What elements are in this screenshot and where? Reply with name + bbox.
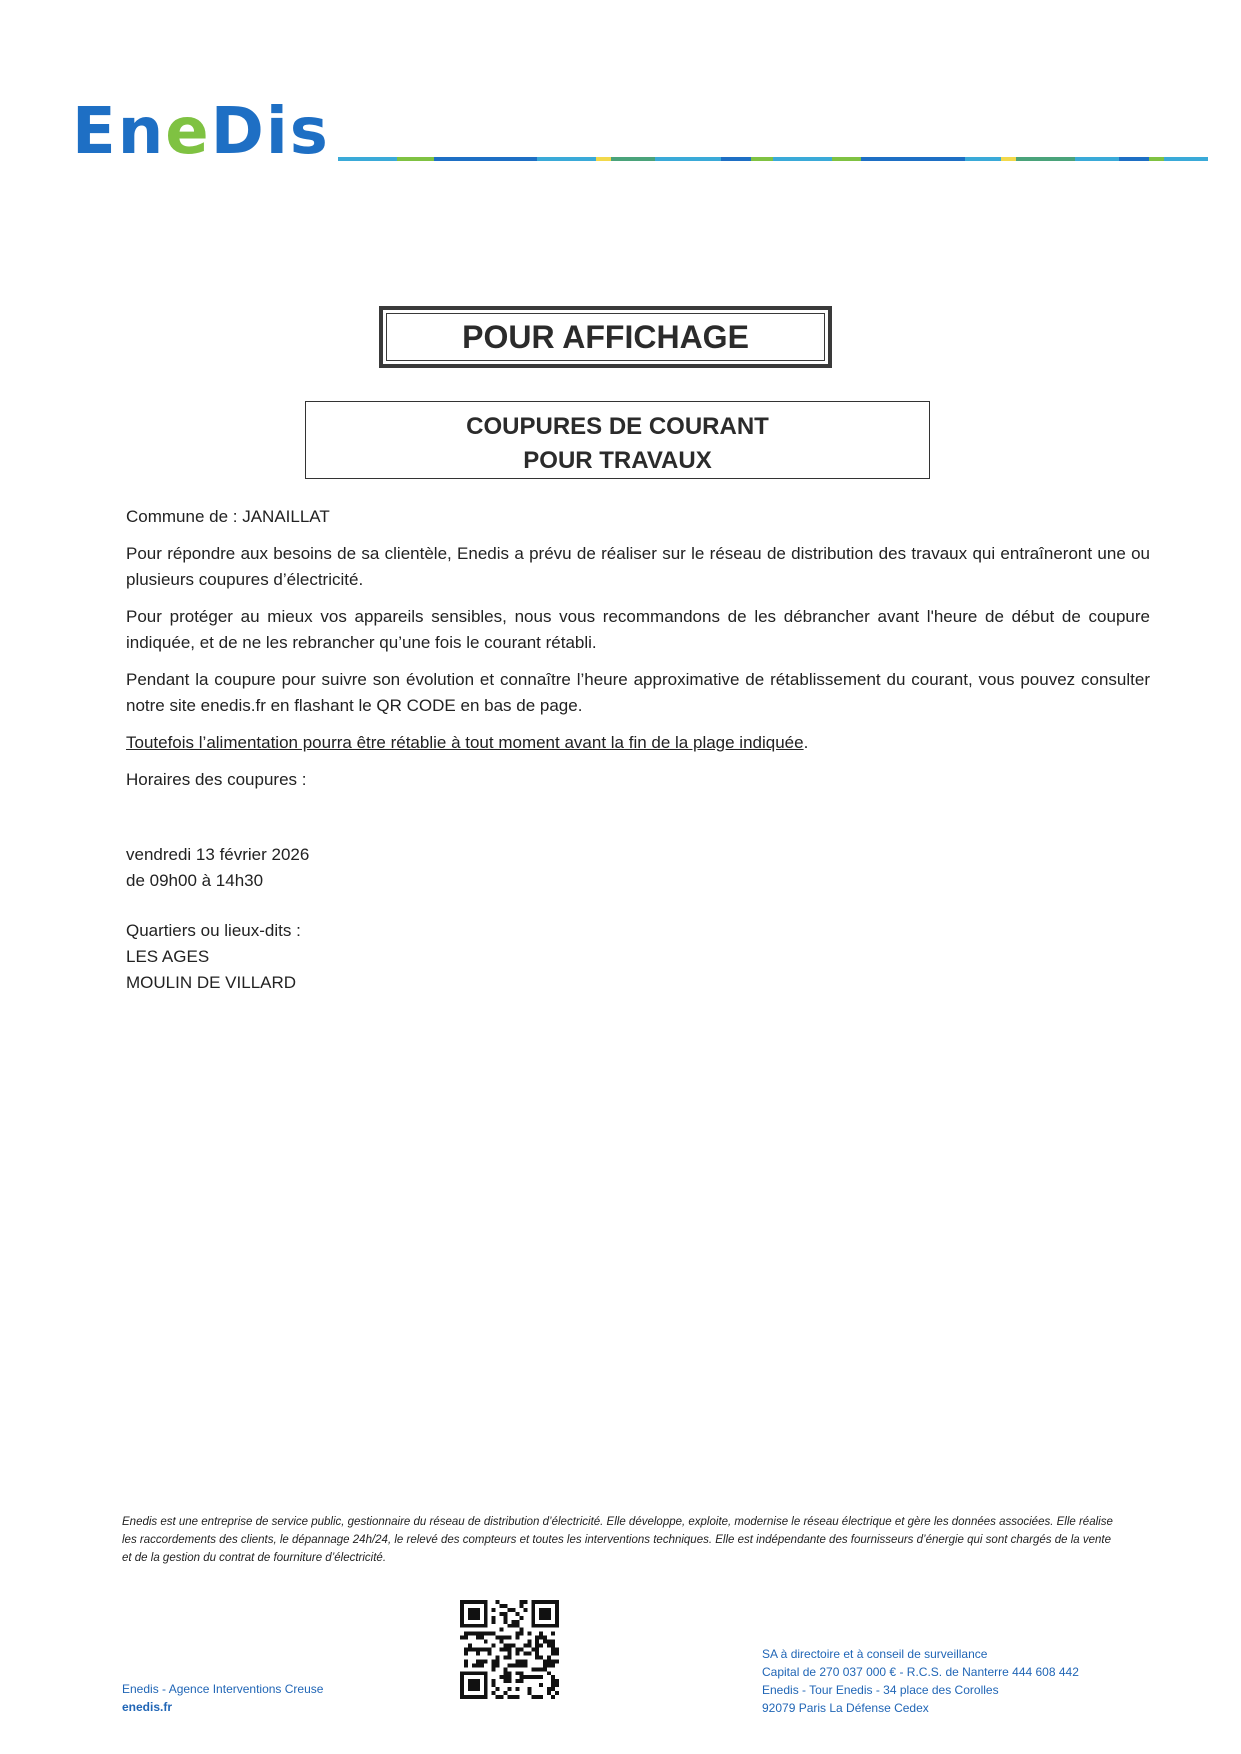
legal-line: Capital de 270 037 000 € - R.C.S. de Nan… bbox=[762, 1663, 1079, 1681]
paragraph-3: Pendant la coupure pour suivre son évolu… bbox=[126, 667, 1150, 719]
website-link[interactable]: enedis.fr bbox=[122, 1698, 323, 1716]
rule-segment bbox=[596, 157, 611, 161]
rule-segment bbox=[1001, 157, 1016, 161]
rule-segment bbox=[721, 157, 750, 161]
logo-text-3: Dis bbox=[211, 95, 330, 169]
subtitle-line-1: COUPURES DE COURANT bbox=[306, 410, 929, 444]
header-rule bbox=[338, 157, 1208, 161]
affichage-title: POUR AFFICHAGE bbox=[462, 319, 749, 356]
footer-agency-block: Enedis - Agence Interventions Creuse ene… bbox=[122, 1680, 323, 1716]
rule-segment bbox=[1119, 157, 1148, 161]
qr-code-icon[interactable] bbox=[460, 1600, 559, 1699]
affichage-banner: POUR AFFICHAGE bbox=[379, 306, 832, 368]
rule-segment bbox=[1075, 157, 1119, 161]
rule-segment bbox=[611, 157, 655, 161]
rule-segment bbox=[655, 157, 721, 161]
legal-line: Enedis - Tour Enedis - 34 place des Coro… bbox=[762, 1681, 1079, 1699]
paragraph-1: Pour répondre aux besoins de sa clientèl… bbox=[126, 541, 1150, 593]
rule-segment bbox=[1016, 157, 1075, 161]
footer-legal-block: SA à directoire et à conseil de surveill… bbox=[762, 1645, 1079, 1717]
rule-segment bbox=[861, 157, 964, 161]
enedis-logo: EneDis bbox=[72, 100, 330, 164]
rule-segment bbox=[1164, 157, 1208, 161]
logo-text-2: e bbox=[165, 95, 210, 169]
rule-segment bbox=[965, 157, 1002, 161]
rule-segment bbox=[434, 157, 537, 161]
place-item: MOULIN DE VILLARD bbox=[126, 970, 296, 996]
agency-name: Enedis - Agence Interventions Creuse bbox=[122, 1680, 323, 1698]
place-item: LES AGES bbox=[126, 944, 209, 970]
outage-time-range: de 09h00 à 14h30 bbox=[126, 868, 263, 894]
logo-text-1: En bbox=[72, 95, 165, 169]
warning-text: Toutefois l’alimentation pourra être rét… bbox=[126, 733, 804, 752]
warning-line: Toutefois l’alimentation pourra être rét… bbox=[126, 730, 808, 756]
rule-segment bbox=[397, 157, 434, 161]
schedule-label: Horaires des coupures : bbox=[126, 767, 306, 793]
rule-segment bbox=[338, 157, 397, 161]
legal-line: SA à directoire et à conseil de surveill… bbox=[762, 1645, 1079, 1663]
rule-segment bbox=[537, 157, 596, 161]
rule-segment bbox=[1149, 157, 1164, 161]
commune-label: Commune de : JANAILLAT bbox=[126, 504, 330, 530]
footer-disclaimer: Enedis est une entreprise de service pub… bbox=[122, 1513, 1122, 1567]
paragraph-2: Pour protéger au mieux vos appareils sen… bbox=[126, 604, 1150, 656]
places-label: Quartiers ou lieux-dits : bbox=[126, 918, 301, 944]
subtitle-line-2: POUR TRAVAUX bbox=[306, 444, 929, 478]
legal-line: 92079 Paris La Défense Cedex bbox=[762, 1699, 1079, 1717]
outage-date: vendredi 13 février 2026 bbox=[126, 842, 309, 868]
warning-end: . bbox=[804, 733, 809, 752]
rule-segment bbox=[751, 157, 773, 161]
rule-segment bbox=[832, 157, 861, 161]
rule-segment bbox=[773, 157, 832, 161]
notice-subtitle-box: COUPURES DE COURANT POUR TRAVAUX bbox=[305, 401, 930, 479]
